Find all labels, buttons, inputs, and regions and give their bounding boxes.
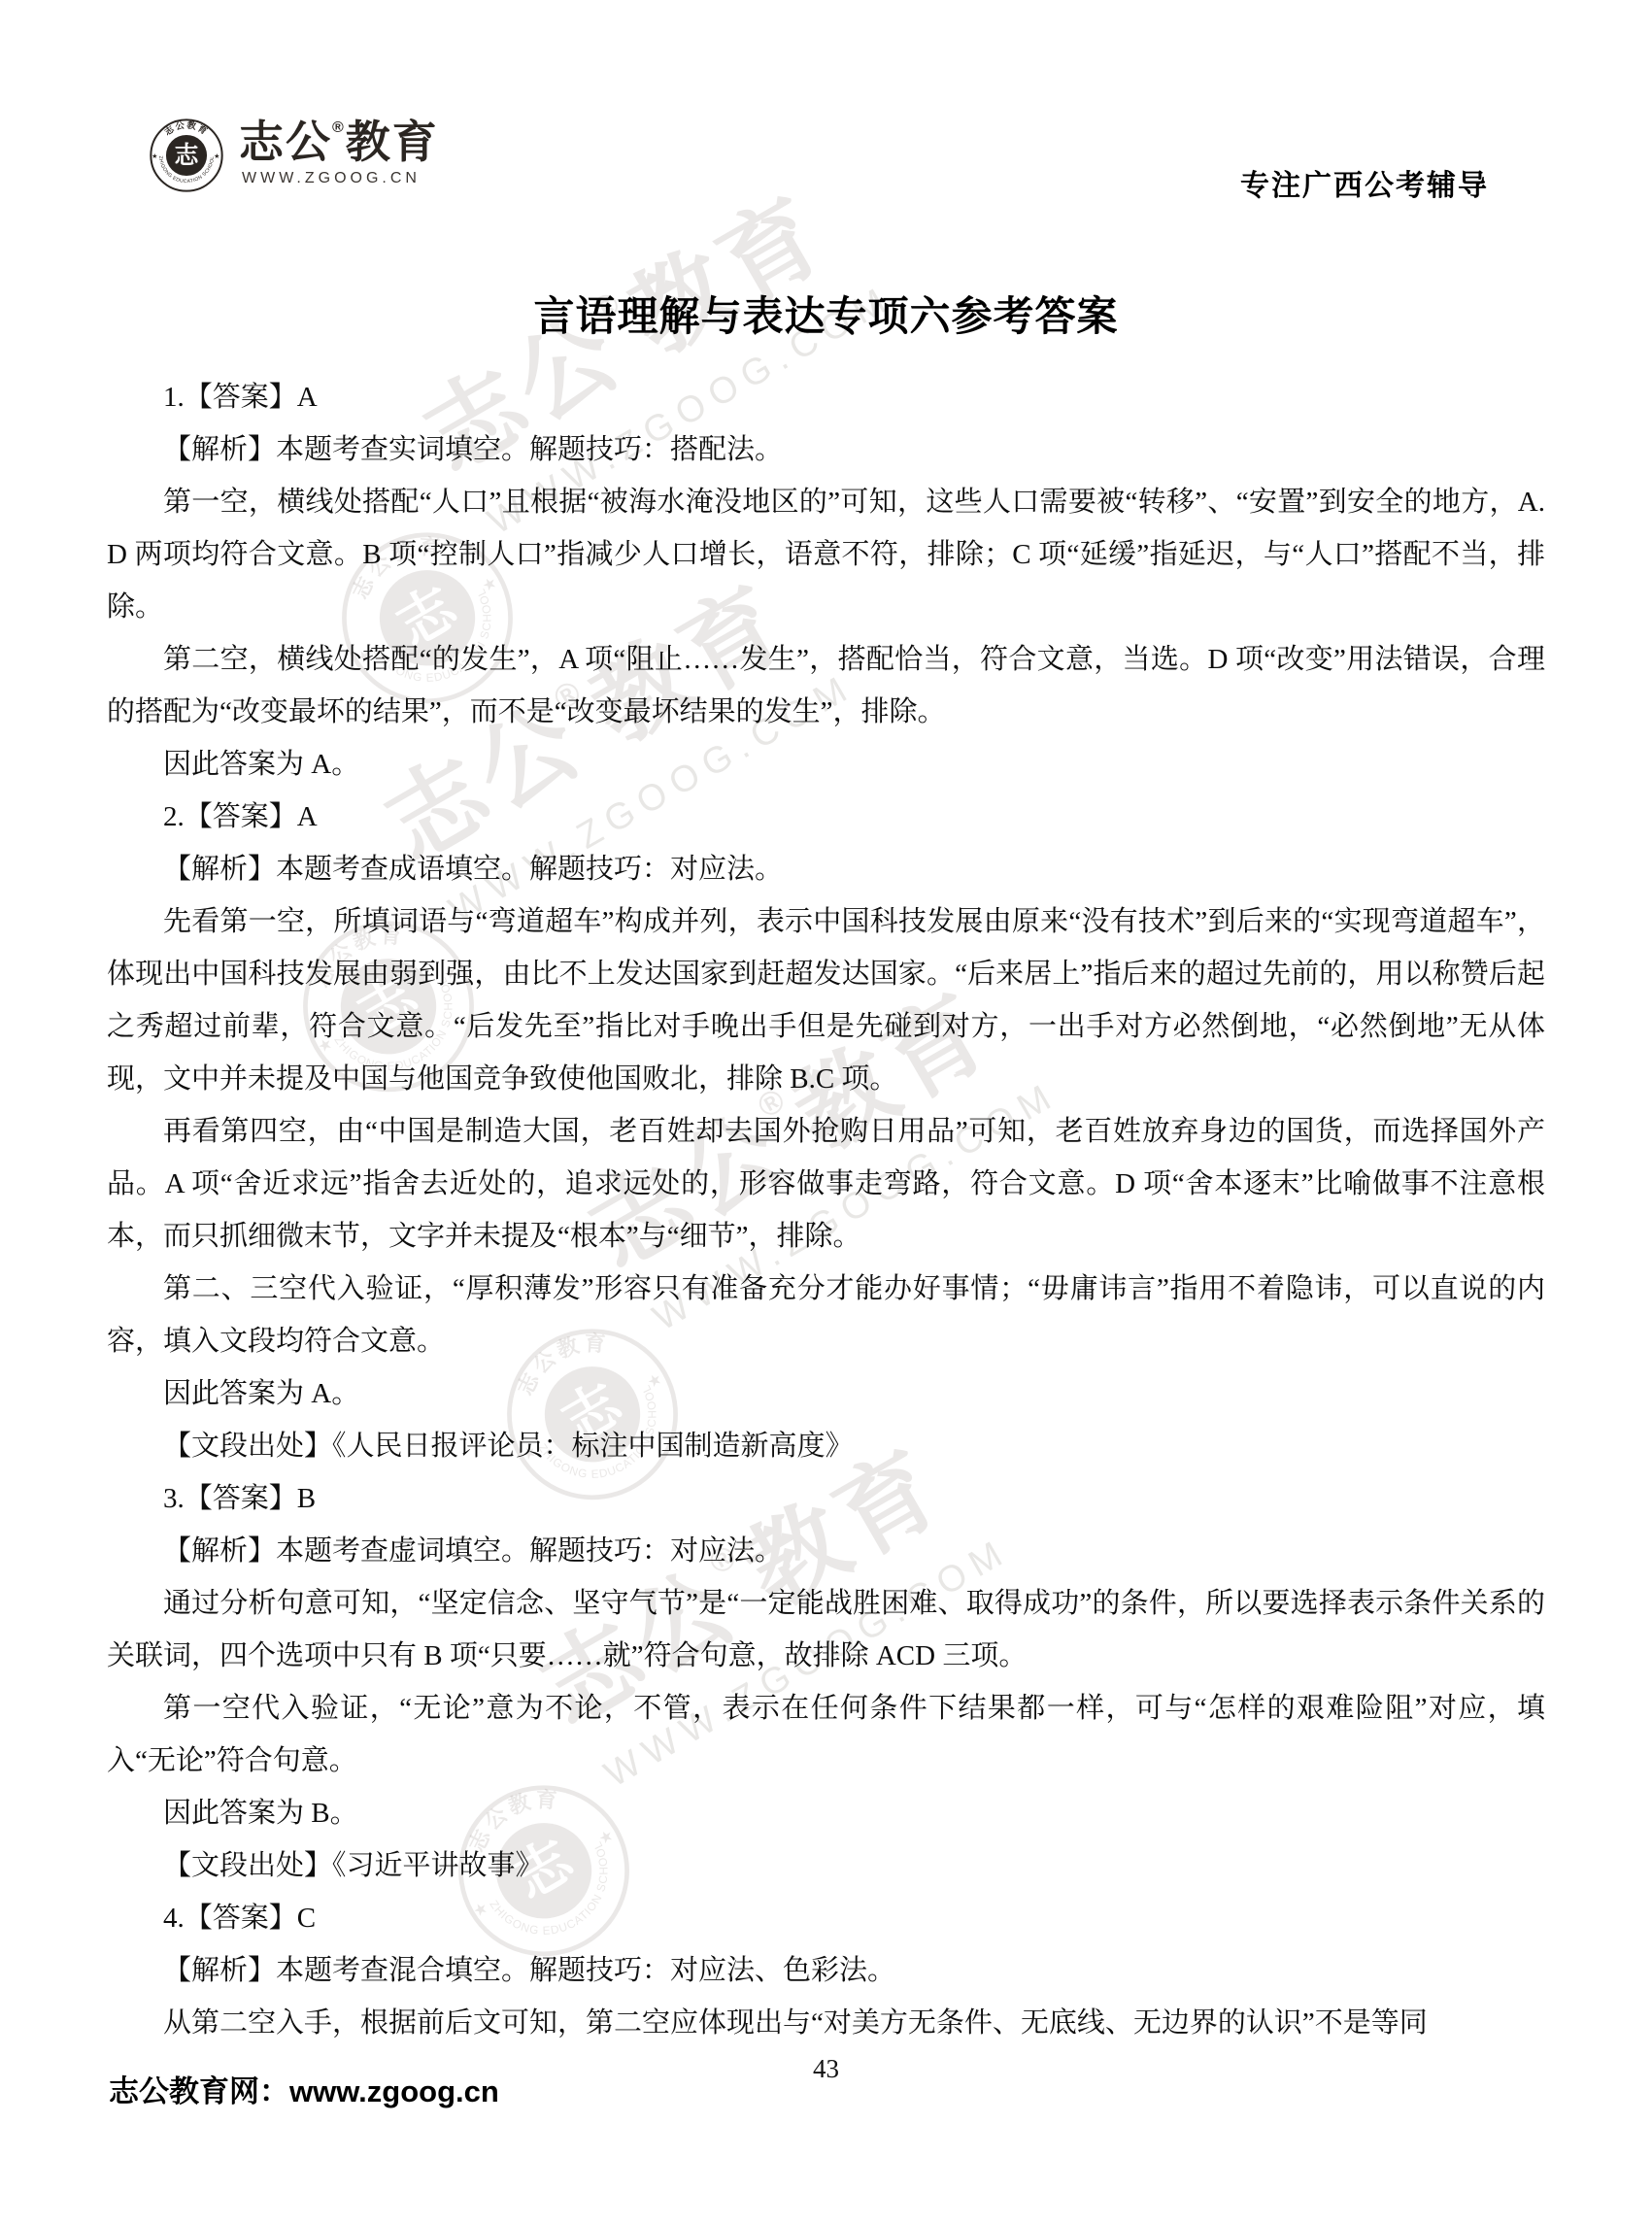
paragraph: 4.【答案】C <box>107 1892 1545 1944</box>
paragraph: 【解析】本题考查混合填空。解题技巧：对应法、色彩法。 <box>107 1944 1545 1997</box>
brand-name: 志公®教育 <box>239 118 439 165</box>
paragraph: 先看第一空，所填词语与“弯道超车”构成并列，表示中国科技发展由原来“没有技术”到… <box>107 895 1545 1105</box>
paragraph: 从第二空入手，根据前后文可知，第二空应体现出与“对美方无条件、无底线、无边界的认… <box>107 1997 1545 2049</box>
page-number: 43 <box>0 2054 1652 2084</box>
paragraph: 第一空，横线处搭配“人口”且根据“被海水淹没地区的”可知，这些人口需要被“转移”… <box>107 476 1545 633</box>
paragraph: 1.【答案】A <box>107 371 1545 423</box>
svg-text:★: ★ <box>152 152 157 160</box>
paragraph: 第二空，横线处搭配“的发生”，A 项“阻止……发生”，搭配恰当，符合文意，当选。… <box>107 633 1545 738</box>
seal-icon: 志 志公教育 ZHIGONG EDUCATION SCHOOL ★ ★ <box>149 118 224 193</box>
paragraph: 第二、三空代入验证，“厚积薄发”形容只有准备充分才能办好事情；“毋庸讳言”指用不… <box>107 1263 1545 1367</box>
paragraph: 2.【答案】A <box>107 791 1545 843</box>
registered-mark: ® <box>332 119 346 136</box>
paragraph: 【解析】本题考查实词填空。解题技巧：搭配法。 <box>107 423 1545 476</box>
document-body: 1.【答案】A【解析】本题考查实词填空。解题技巧：搭配法。第一空，横线处搭配“人… <box>107 371 1545 2049</box>
paragraph: 【解析】本题考查虚词填空。解题技巧：对应法。 <box>107 1525 1545 1577</box>
paragraph: 通过分析句意可知，“坚定信念、坚守气节”是“一定能战胜困难、取得成功”的条件，所… <box>107 1577 1545 1682</box>
svg-text:志公教育: 志公教育 <box>162 118 211 137</box>
paragraph: 【解析】本题考查成语填空。解题技巧：对应法。 <box>107 843 1545 895</box>
page-title: 言语理解与表达专项六参考答案 <box>0 285 1652 343</box>
header-tagline: 专注广西公考辅导 <box>1240 161 1489 204</box>
brand-name-right: 教育 <box>346 117 439 167</box>
paragraph: 因此答案为 A。 <box>107 1367 1545 1420</box>
paragraph: 【文段出处】《习近平讲故事》 <box>107 1839 1545 1892</box>
brand-url: WWW.ZGOOG.CN <box>242 170 421 187</box>
paragraph: 【文段出处】《人民日报评论员：标注中国制造新高度》 <box>107 1420 1545 1472</box>
paragraph: 3.【答案】B <box>107 1472 1545 1525</box>
paragraph: 第一空代入验证，“无论”意为不论，不管，表示在任何条件下结果都一样，可与“怎样的… <box>107 1682 1545 1787</box>
paragraph: 因此答案为 B。 <box>107 1787 1545 1839</box>
document-page: 志 志公教育 ZHIGONG EDUCATION SCHOOL ★ ★ 志公®教… <box>0 0 1652 2225</box>
paragraph: 再看第四空，由“中国是制造大国，老百姓却去国外抢购日用品”可知，老百姓放弃身边的… <box>107 1105 1545 1263</box>
brand-name-left: 志公 <box>239 117 332 167</box>
paragraph: 因此答案为 A。 <box>107 738 1545 791</box>
svg-text:★: ★ <box>214 152 219 160</box>
svg-text:志: 志 <box>175 142 200 169</box>
brand-seal-icon: 志 志公教育 ZHIGONG EDUCATION SCHOOL ★ ★ <box>149 118 224 193</box>
